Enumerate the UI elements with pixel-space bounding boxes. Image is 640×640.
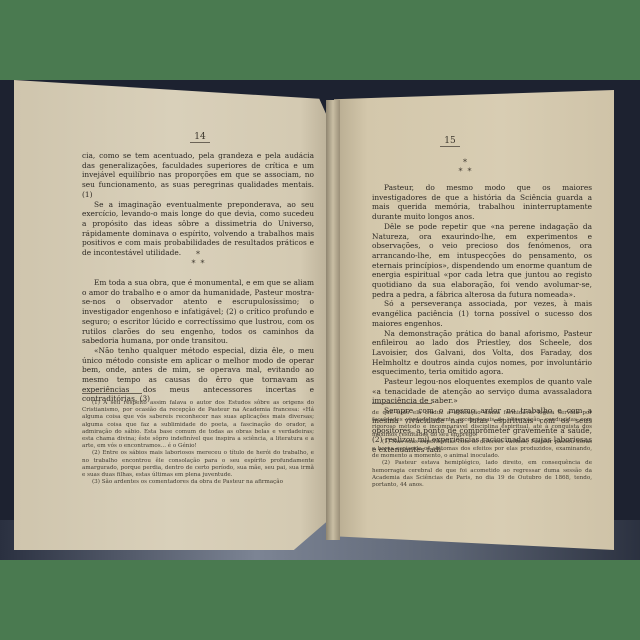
right-footnote-rule: [372, 403, 432, 404]
left-paragraph-2: Se a imaginação eventualmente prepondera…: [82, 200, 314, 258]
right-footnote-1: (1) Nas suas experiências com os diverso…: [372, 439, 592, 461]
left-page-body-top: cia, como se tem acentuado, pela grandez…: [82, 151, 314, 258]
bottom-border-band: [0, 560, 640, 640]
left-paragraph-1: cia, como se tem acentuado, pela grandez…: [82, 151, 314, 200]
right-paragraph-5: Pasteur legou-nos eloquentes exemplos de…: [372, 377, 592, 406]
right-footnote-2: (2) Pasteur estava hemiplégico, lado dir…: [372, 460, 592, 489]
left-footnotes: (1) A seu respeito assim falava o autor …: [82, 400, 314, 486]
left-footnote-rule: [82, 393, 142, 394]
left-section-separator: ** *: [183, 250, 213, 268]
left-footnote-3: (3) São ardentes os comentadores da obra…: [82, 479, 314, 486]
right-paragraph-4: Na demonstração prática do banal aforism…: [372, 329, 592, 378]
book-gutter: [326, 100, 340, 540]
left-paragraph-4: «Não tenho qualquer método especial, diz…: [82, 346, 314, 404]
right-paragraph-3: Só a perseverança associada, por vezes, …: [372, 299, 592, 328]
left-footnote-2: (2) Entre os sábios mais laboriosos mere…: [82, 450, 314, 479]
top-border-band: [0, 0, 640, 80]
right-footnotes: de que tudo ela traduz a aplicação duma …: [372, 410, 592, 489]
left-paragraph-3: Em toda a sua obra, que é monumental, e …: [82, 278, 314, 346]
right-paragraph-2: Dêle se pode repetir que «na perene inda…: [372, 222, 592, 300]
right-footnote-continuation: de que tudo ela traduz a aplicação duma …: [372, 410, 592, 439]
book-photo: 14 cia, como se tem acentuado, pela gran…: [0, 80, 640, 560]
left-footnote-1: (1) A seu respeito assim falava o autor …: [82, 400, 314, 450]
right-paragraph-1: Pasteur, do mesmo modo que os maiores in…: [372, 183, 592, 222]
right-section-separator: ** *: [450, 158, 480, 176]
left-page-number: 14: [190, 132, 210, 143]
left-page-body-bottom: Em toda a sua obra, que é monumental, e …: [82, 278, 314, 404]
right-page-number: 15: [440, 136, 460, 147]
